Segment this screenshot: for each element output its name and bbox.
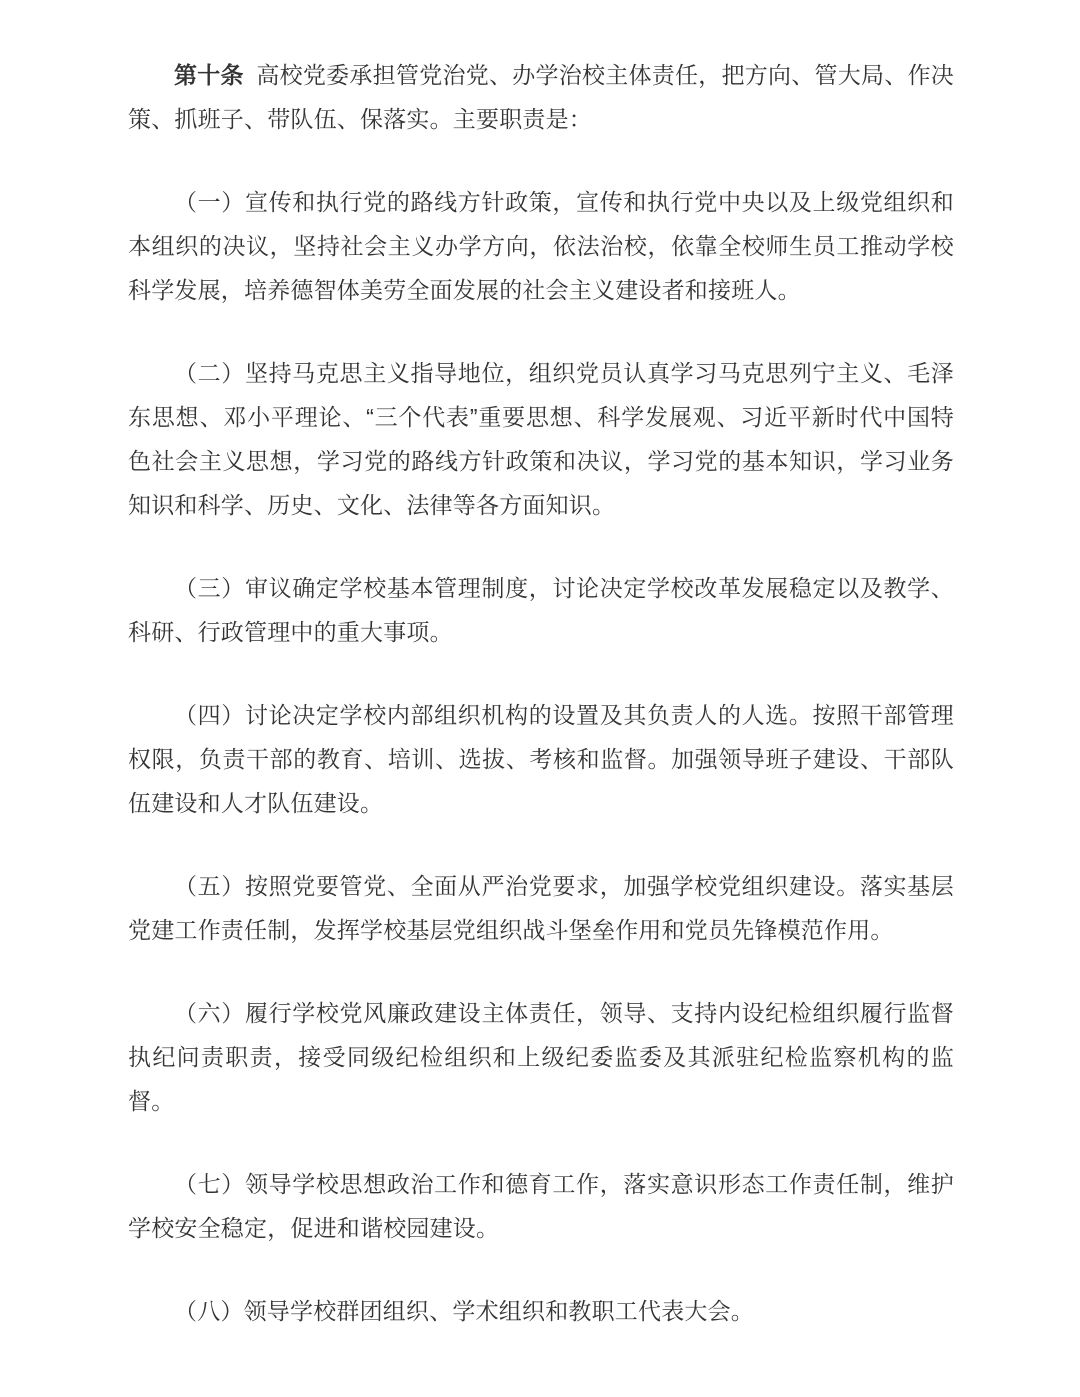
clause-paragraph-7: （七）领导学校思想政治工作和德育工作，落实意识形态工作责任制，维护学校安全稳定，… xyxy=(128,1162,954,1250)
clause-paragraph-8: （八）领导学校群团组织、学术组织和教职工代表大会。 xyxy=(128,1289,954,1333)
article-intro-text: 高校党委承担管党治党、办学治校主体责任，把方向、管大局、作决策、抓班子、带队伍、… xyxy=(128,62,954,132)
document-page: { "document": { "language": "zh-CN", "co… xyxy=(0,0,1080,1397)
clause-paragraph-6: （六）履行学校党风廉政建设主体责任，领导、支持内设纪检组织履行监督执纪问责职责，… xyxy=(128,991,954,1123)
article-intro-paragraph: 第十条高校党委承担管党治党、办学治校主体责任，把方向、管大局、作决策、抓班子、带… xyxy=(128,53,954,141)
clause-paragraph-4: （四）讨论决定学校内部组织机构的设置及其负责人的人选。按照干部管理权限，负责干部… xyxy=(128,693,954,825)
clause-paragraph-3: （三）审议确定学校基本管理制度，讨论决定学校改革发展稳定以及教学、科研、行政管理… xyxy=(128,566,954,654)
article-number: 第十条 xyxy=(174,62,244,88)
clause-paragraph-1: （一）宣传和执行党的路线方针政策，宣传和执行党中央以及上级党组织和本组织的决议，… xyxy=(128,180,954,312)
clause-paragraph-2: （二）坚持马克思主义指导地位，组织党员认真学习马克思列宁主义、毛泽东思想、邓小平… xyxy=(128,351,954,527)
document-body: 第十条高校党委承担管党治党、办学治校主体责任，把方向、管大局、作决策、抓班子、带… xyxy=(0,0,1080,1397)
clause-paragraph-5: （五）按照党要管党、全面从严治党要求，加强学校党组织建设。落实基层党建工作责任制… xyxy=(128,864,954,952)
